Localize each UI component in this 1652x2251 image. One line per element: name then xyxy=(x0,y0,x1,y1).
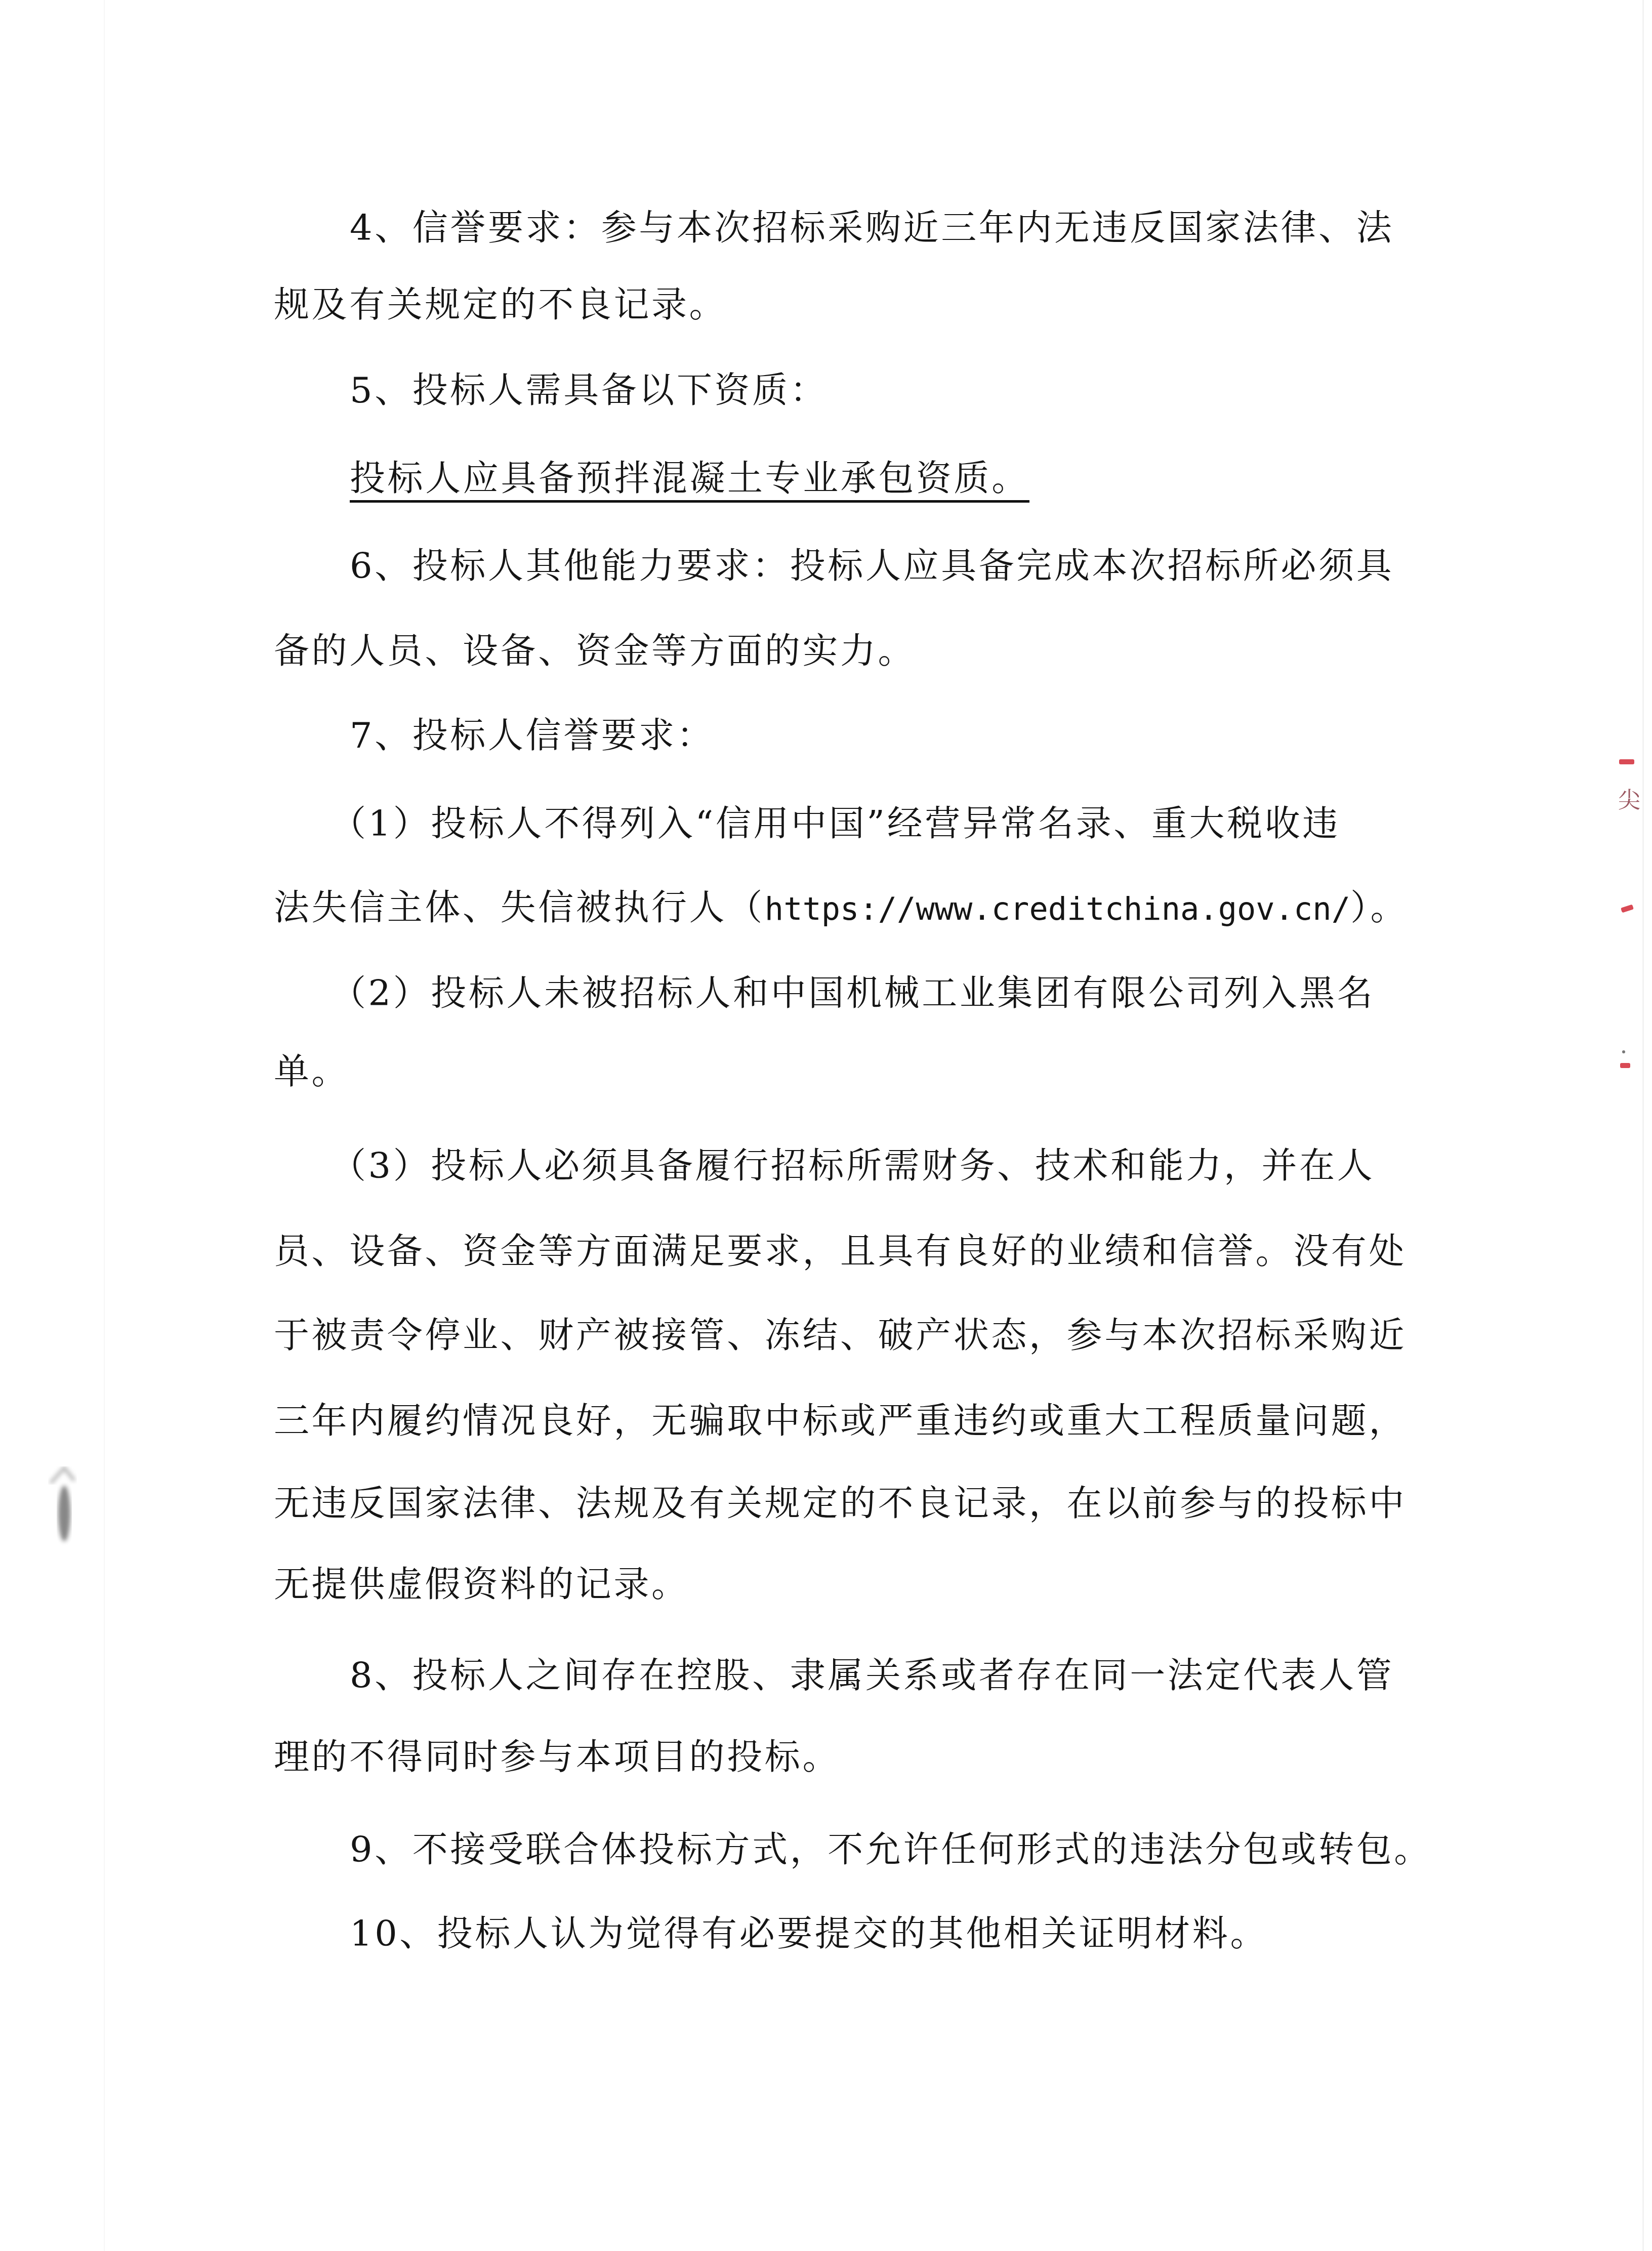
item-10: 10、投标人认为觉得有必要提交的其他相关证明材料。 xyxy=(350,1911,1268,1956)
item-7-sub-3-line-4: 三年内履约情况良好，无骗取中标或严重违约或重大工程质量问题， xyxy=(274,1398,1407,1444)
creditchina-url: https://www.creditchina.gov.cn/ xyxy=(765,890,1350,927)
seal-mark-middle xyxy=(1621,905,1634,913)
item-7-sub-1-line-2: 法失信主体、失信被执行人（https://www.creditchina.gov… xyxy=(274,885,1408,930)
item-7-sub-1-text: 法失信主体、失信被执行人（ xyxy=(274,887,765,928)
seal-dot xyxy=(1622,1050,1625,1053)
item-7-credit-heading: 7、投标人信誉要求： xyxy=(350,713,715,758)
item-6-capability-line-2: 备的人员、设备、资金等方面的实力。 xyxy=(274,628,916,674)
item-9: 9、不接受联合体投标方式，不允许任何形式的违法分包或转包。 xyxy=(350,1827,1432,1872)
item-8-line-2: 理的不得同时参与本项目的投标。 xyxy=(274,1734,840,1780)
item-7-sub-3-line-3: 于被责令停业、财产被接管、冻结、破产状态，参与本次招标采购近 xyxy=(274,1313,1407,1358)
item-7-sub-2-line-1: （2）投标人未被招标人和中国机械工业集团有限公司列入黑名 xyxy=(331,970,1375,1016)
item-6-capability-line-1: 6、投标人其他能力要求：投标人应具备完成本次招标所必须具 xyxy=(350,543,1394,589)
seal-mark-bottom xyxy=(1620,1063,1630,1068)
item-8-line-1: 8、投标人之间存在控股、隶属关系或者存在同一法定代表人管 xyxy=(350,1653,1394,1698)
scan-page-edge-left xyxy=(104,0,105,2251)
item-5-qualification-heading: 5、投标人需具备以下资质： xyxy=(350,367,828,413)
seal-mark-top xyxy=(1619,759,1634,764)
item-7-sub-1-line-1: （1）投标人不得列入“信用中国”经营异常名录、重大税收违 xyxy=(331,801,1340,846)
item-7-sub-1-end: ）。 xyxy=(1350,887,1408,928)
underlined-qualification-text: 投标人应具备预拌混凝土专业承包资质。 xyxy=(350,458,1029,503)
seal-glyph: 尖 xyxy=(1618,790,1640,812)
seal-stamp-fragment: 尖 xyxy=(1617,759,1637,1088)
arrow-smudge-icon xyxy=(48,1458,78,1559)
item-4-credit-requirement-line-1: 4、信誉要求：参与本次招标采购近三年内无违反国家法律、法 xyxy=(350,205,1394,251)
item-7-sub-3-line-2: 员、设备、资金等方面满足要求，且具有良好的业绩和信誉。没有处 xyxy=(274,1229,1407,1274)
item-7-sub-3-line-1: （3）投标人必须具备履行招标所需财务、技术和能力，并在人 xyxy=(331,1143,1375,1189)
item-7-sub-3-line-5: 无违反国家法律、法规及有关规定的不良记录，在以前参与的投标中 xyxy=(274,1481,1407,1526)
item-7-sub-2-line-2: 单。 xyxy=(274,1049,349,1094)
item-5-qualification-detail: 投标人应具备预拌混凝土专业承包资质。 xyxy=(350,456,1029,501)
item-7-sub-3-line-6: 无提供虚假资料的记录。 xyxy=(274,1562,689,1607)
scan-page-edge-right xyxy=(1642,0,1644,2251)
item-4-credit-requirement-line-2: 规及有关规定的不良记录。 xyxy=(274,282,727,328)
